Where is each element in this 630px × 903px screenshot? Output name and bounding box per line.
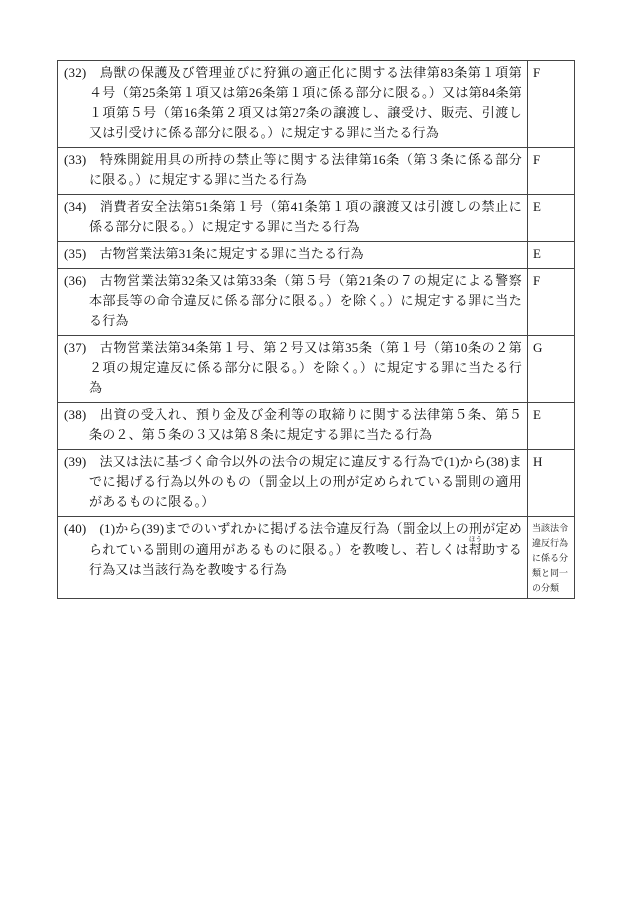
item-text: 出資の受入れ、預り金及び金利等の取締りに関する法律第５条、第５条の２、第５条の３…	[89, 407, 522, 442]
table-row: (32)鳥獣の保護及び管理並びに狩猟の適正化に関する法律第83条第１項第４号（第…	[58, 61, 574, 147]
offense-cell: (38)出資の受入れ、預り金及び金利等の取締りに関する法律第５条、第５条の２、第…	[58, 403, 527, 449]
item-text: (1)から(39)までのいずれかに掲げる法令違反行為（罰金以上の刑が定められてい…	[89, 521, 522, 577]
offense-cell: (34)消費者安全法第51条第１号（第41条第１項の譲渡又は引渡しの禁止に係る部…	[58, 195, 527, 241]
item-text: 古物営業法第31条に規定する罪に当たる行為	[99, 246, 363, 261]
item-number: (37)	[64, 340, 86, 355]
item-number: (33)	[64, 152, 86, 167]
table-row: (36)古物営業法第32条又は第33条（第５号（第21条の７の規定による警察本部…	[58, 268, 574, 335]
offense-entry: (38)出資の受入れ、預り金及び金利等の取締りに関する法律第５条、第５条の２、第…	[64, 405, 522, 445]
item-number: (35)	[64, 246, 86, 261]
offense-entry: (34)消費者安全法第51条第１号（第41条第１項の譲渡又は引渡しの禁止に係る部…	[64, 197, 522, 237]
item-text-pre: (1)から(39)までのいずれかに掲げる法令違反行為（罰金以上の刑が定められてい…	[89, 521, 522, 557]
classification-label: F	[533, 65, 540, 80]
ruby-base: 幇	[469, 542, 482, 557]
classification-cell: E	[527, 242, 574, 268]
classification-label: E	[533, 407, 541, 422]
classification-cell: F	[527, 269, 574, 335]
table-row: (40)(1)から(39)までのいずれかに掲げる法令違反行為（罰金以上の刑が定め…	[58, 516, 574, 598]
offense-cell: (35)古物営業法第31条に規定する罪に当たる行為	[58, 242, 527, 268]
item-text: 法又は法に基づく命令以外の法令の規定に違反する行為で(1)から(38)までに掲げ…	[89, 454, 522, 509]
classification-label: F	[533, 273, 540, 288]
table-row: (38)出資の受入れ、預り金及び金利等の取締りに関する法律第５条、第５条の２、第…	[58, 402, 574, 449]
table-row: (33)特殊開錠用具の所持の禁止等に関する法律第16条（第３条に係る部分に限る。…	[58, 147, 574, 194]
offense-cell: (33)特殊開錠用具の所持の禁止等に関する法律第16条（第３条に係る部分に限る。…	[58, 148, 527, 194]
item-number: (39)	[64, 454, 86, 469]
classification-cell: 当該法令違反行為に係る分類と同一の分類	[527, 517, 574, 598]
table-row: (37)古物営業法第34条第１号、第２号又は第35条（第１号（第10条の２第２項…	[58, 335, 574, 402]
classification-label: E	[533, 246, 541, 261]
offense-entry: (40)(1)から(39)までのいずれかに掲げる法令違反行為（罰金以上の刑が定め…	[64, 519, 522, 580]
offense-entry: (36)古物営業法第32条又は第33条（第５号（第21条の７の規定による警察本部…	[64, 271, 522, 331]
item-number: (38)	[64, 407, 86, 422]
offense-cell: (39)法又は法に基づく命令以外の法令の規定に違反する行為で(1)から(38)ま…	[58, 450, 527, 516]
item-number: (40)	[64, 521, 86, 536]
offense-entry: (37)古物営業法第34条第１号、第２号又は第35条（第１号（第10条の２第２項…	[64, 338, 522, 398]
classification-cell: H	[527, 450, 574, 516]
offense-cell: (40)(1)から(39)までのいずれかに掲げる法令違反行為（罰金以上の刑が定め…	[58, 517, 527, 598]
classification-label: 当該法令違反行為に係る分類と同一の分類	[532, 523, 568, 593]
offense-cell: (32)鳥獣の保護及び管理並びに狩猟の適正化に関する法律第83条第１項第４号（第…	[58, 61, 527, 147]
offense-entry: (39)法又は法に基づく命令以外の法令の規定に違反する行為で(1)から(38)ま…	[64, 452, 522, 512]
classification-label: H	[533, 454, 542, 469]
classification-label: G	[533, 340, 542, 355]
offense-cell: (37)古物営業法第34条第１号、第２号又は第35条（第１号（第10条の２第２項…	[58, 336, 527, 402]
table-row: (34)消費者安全法第51条第１号（第41条第１項の譲渡又は引渡しの禁止に係る部…	[58, 194, 574, 241]
table-row: (35)古物営業法第31条に規定する罪に当たる行為 E	[58, 241, 574, 268]
item-number: (34)	[64, 199, 86, 214]
item-number: (36)	[64, 273, 86, 288]
item-text: 古物営業法第32条又は第33条（第５号（第21条の７の規定による警察本部長等の命…	[89, 273, 522, 328]
classification-label: E	[533, 199, 541, 214]
offense-entry: (35)古物営業法第31条に規定する罪に当たる行為	[64, 244, 522, 264]
furigana-hou: 幇ほう	[469, 542, 482, 557]
offense-entry: (32)鳥獣の保護及び管理並びに狩猟の適正化に関する法律第83条第１項第４号（第…	[64, 63, 522, 143]
item-text: 古物営業法第34条第１号、第２号又は第35条（第１号（第10条の２第２項の規定違…	[89, 340, 522, 395]
item-number: (32)	[64, 65, 86, 80]
item-text: 消費者安全法第51条第１号（第41条第１項の譲渡又は引渡しの禁止に係る部分に限る…	[89, 199, 522, 234]
ruby-text: ほう	[469, 536, 482, 543]
classification-cell: E	[527, 403, 574, 449]
classification-label: F	[533, 152, 540, 167]
classification-cell: F	[527, 61, 574, 147]
classification-cell: E	[527, 195, 574, 241]
offense-cell: (36)古物営業法第32条又は第33条（第５号（第21条の７の規定による警察本部…	[58, 269, 527, 335]
classification-cell: F	[527, 148, 574, 194]
classification-cell: G	[527, 336, 574, 402]
item-text: 特殊開錠用具の所持の禁止等に関する法律第16条（第３条に係る部分に限る。）に規定…	[89, 152, 522, 187]
offense-entry: (33)特殊開錠用具の所持の禁止等に関する法律第16条（第３条に係る部分に限る。…	[64, 150, 522, 190]
document-page: (32)鳥獣の保護及び管理並びに狩猟の適正化に関する法律第83条第１項第４号（第…	[0, 0, 630, 903]
offense-classification-table: (32)鳥獣の保護及び管理並びに狩猟の適正化に関する法律第83条第１項第４号（第…	[57, 60, 575, 599]
item-text: 鳥獣の保護及び管理並びに狩猟の適正化に関する法律第83条第１項第４号（第25条第…	[89, 65, 522, 140]
table-row: (39)法又は法に基づく命令以外の法令の規定に違反する行為で(1)から(38)ま…	[58, 449, 574, 516]
